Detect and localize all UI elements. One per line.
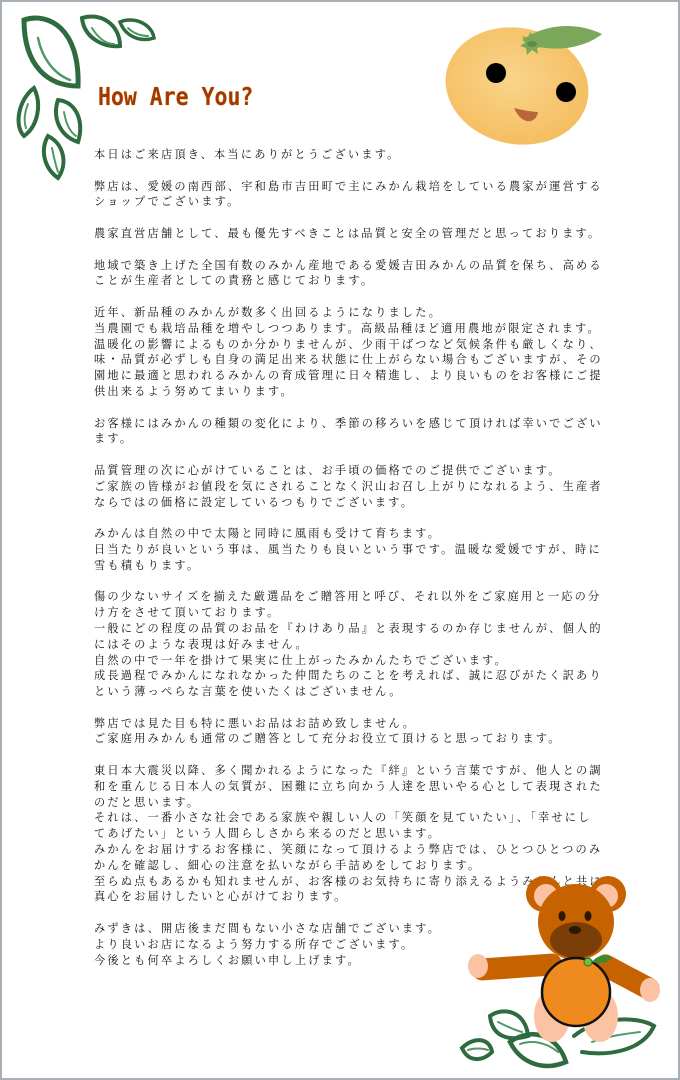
paragraph: 品質管理の次に心がけていることは、お手頃の価格でのご提供でございます。 ご家族の… xyxy=(94,463,634,510)
text-line: 本日はご来店頂き、本当にありがとうございます。 xyxy=(94,147,634,163)
text-line: てあげたい」という人間らしさから来るのだと思います。 xyxy=(94,826,634,842)
text-line: 品質管理の次に心がけていることは、お手頃の価格でのご提供でございます。 xyxy=(94,463,634,479)
text-line: 農家直営店舗として、最も優先すべきことは品質と安全の管理だと思っております。 xyxy=(94,226,634,242)
text-line: みかんは自然の中で太陽と同時に風雨も受けて育ちます。 xyxy=(94,526,634,542)
text-line: 和を重んじる日本人の気質が、困難に立ち向かう人達を思いやる心として表現された xyxy=(94,779,634,795)
text-line: 日当たりが良いという事は、風当たりも良いという事です。温暖な愛媛ですが、時に xyxy=(94,542,634,558)
text-line: 自然の中で一年を掛けて果実に仕上がったみかんたちでございます。 xyxy=(94,653,634,669)
paragraph: 地域で築き上げた全国有数のみかん産地である愛媛吉田みかんの品質を保ち、高めること… xyxy=(94,258,634,290)
text-line: ます。 xyxy=(94,431,634,447)
text-line: ならではの価格に設定しているつもりでございます。 xyxy=(94,495,634,511)
text-line: 東日本大震災以降、多く聞かれるようになった『絆』という言葉ですが、他人との調 xyxy=(94,763,634,779)
text-line: 一般にどの程度の品質のお品を『わけあり品』と表現するのか存じませんが、個人的 xyxy=(94,621,634,637)
page-title: How Are You? xyxy=(98,82,253,111)
mikan-face-icon xyxy=(442,12,622,152)
text-line: 傷の少ないサイズを揃えた厳選品をご贈答用と呼び、それ以外をご家庭用と一応の分 xyxy=(94,589,634,605)
text-line: 弊店では見た目も特に悪いお品はお詰め致しません。 xyxy=(94,716,634,732)
greeting-page: How Are You? 本日はご来店頂き、本当にありがとうございます。 弊店は… xyxy=(0,0,680,1080)
text-line: のだと思います。 xyxy=(94,795,634,811)
text-line: という薄っぺらな言葉を使いたくはございません。 xyxy=(94,684,634,700)
text-line: それは、一番小さな社会である家族や親しい人の「笑顔を見ていたい」、「幸せにし xyxy=(94,810,634,826)
text-line: にはそのような表現は好みません。 xyxy=(94,637,634,653)
text-line: 温暖化の影響によるものか分かりませんが、少雨干ばつなど気候条件も厳しくなり、 xyxy=(94,337,634,353)
text-line: ショップでございます。 xyxy=(94,194,634,210)
paragraph: 近年、新品種のみかんが数多く出回るようになりました。 当農園でも栽培品種を増やし… xyxy=(94,305,634,400)
text-line: け方をさせて頂いております。 xyxy=(94,605,634,621)
text-line: 味・品質が必ずしも自身の満足出来る状態に仕上がらない場合もございますが、その xyxy=(94,352,634,368)
teddy-bear-with-mikan-icon xyxy=(442,866,678,1078)
text-line: みかんをお届けするお客様に、笑顔になって頂けるよう弊店では、ひとつひとつのみ xyxy=(94,842,634,858)
text-line: 雪も積もります。 xyxy=(94,558,634,574)
text-line: ことが生産者としての責務と感じております。 xyxy=(94,273,634,289)
text-line: 近年、新品種のみかんが数多く出回るようになりました。 xyxy=(94,305,634,321)
text-line: 園地に最適と思われるみかんの育成管理に日々精進し、より良いものをお客様にご提 xyxy=(94,368,634,384)
paragraph: お客様にはみかんの種類の変化により、季節の移ろいを感じて頂ければ幸いでございます… xyxy=(94,416,634,448)
paragraph: 弊店は、愛媛の南西部、宇和島市吉田町で主にみかん栽培をしている農家が運営するショ… xyxy=(94,179,634,211)
text-line: 地域で築き上げた全国有数のみかん産地である愛媛吉田みかんの品質を保ち、高める xyxy=(94,258,634,274)
text-line: 弊店は、愛媛の南西部、宇和島市吉田町で主にみかん栽培をしている農家が運営する xyxy=(94,179,634,195)
text-line: 当農園でも栽培品種を増やしつつあります。高級品種ほど適用農地が限定されます。 xyxy=(94,321,634,337)
text-line: お客様にはみかんの種類の変化により、季節の移ろいを感じて頂ければ幸いでござい xyxy=(94,416,634,432)
text-line: ご家族の皆様がお値段を気にされることなく沢山お召し上がりになれるよう、生産者 xyxy=(94,479,634,495)
paragraph: 傷の少ないサイズを揃えた厳選品をご贈答用と呼び、それ以外をご家庭用と一応の分 け… xyxy=(94,589,634,700)
text-line: 供出来るよう努めてまいります。 xyxy=(94,384,634,400)
paragraph: みかんは自然の中で太陽と同時に風雨も受けて育ちます。 日当たりが良いという事は、… xyxy=(94,526,634,573)
text-line: ご家庭用みかんも通常のご贈答として充分お役立て頂けると思っております。 xyxy=(94,731,634,747)
paragraph: 本日はご来店頂き、本当にありがとうございます。 xyxy=(94,147,634,163)
text-line: 成長過程でみかんになれなかった仲間たちのことを考えれば、誠に忍びがたく訳あり xyxy=(94,668,634,684)
message-body: 本日はご来店頂き、本当にありがとうございます。 弊店は、愛媛の南西部、宇和島市吉… xyxy=(94,147,634,984)
paragraph: 農家直営店舗として、最も優先すべきことは品質と安全の管理だと思っております。 xyxy=(94,226,634,242)
paragraph: 弊店では見た目も特に悪いお品はお詰め致しません。 ご家庭用みかんも通常のご贈答と… xyxy=(94,716,634,748)
